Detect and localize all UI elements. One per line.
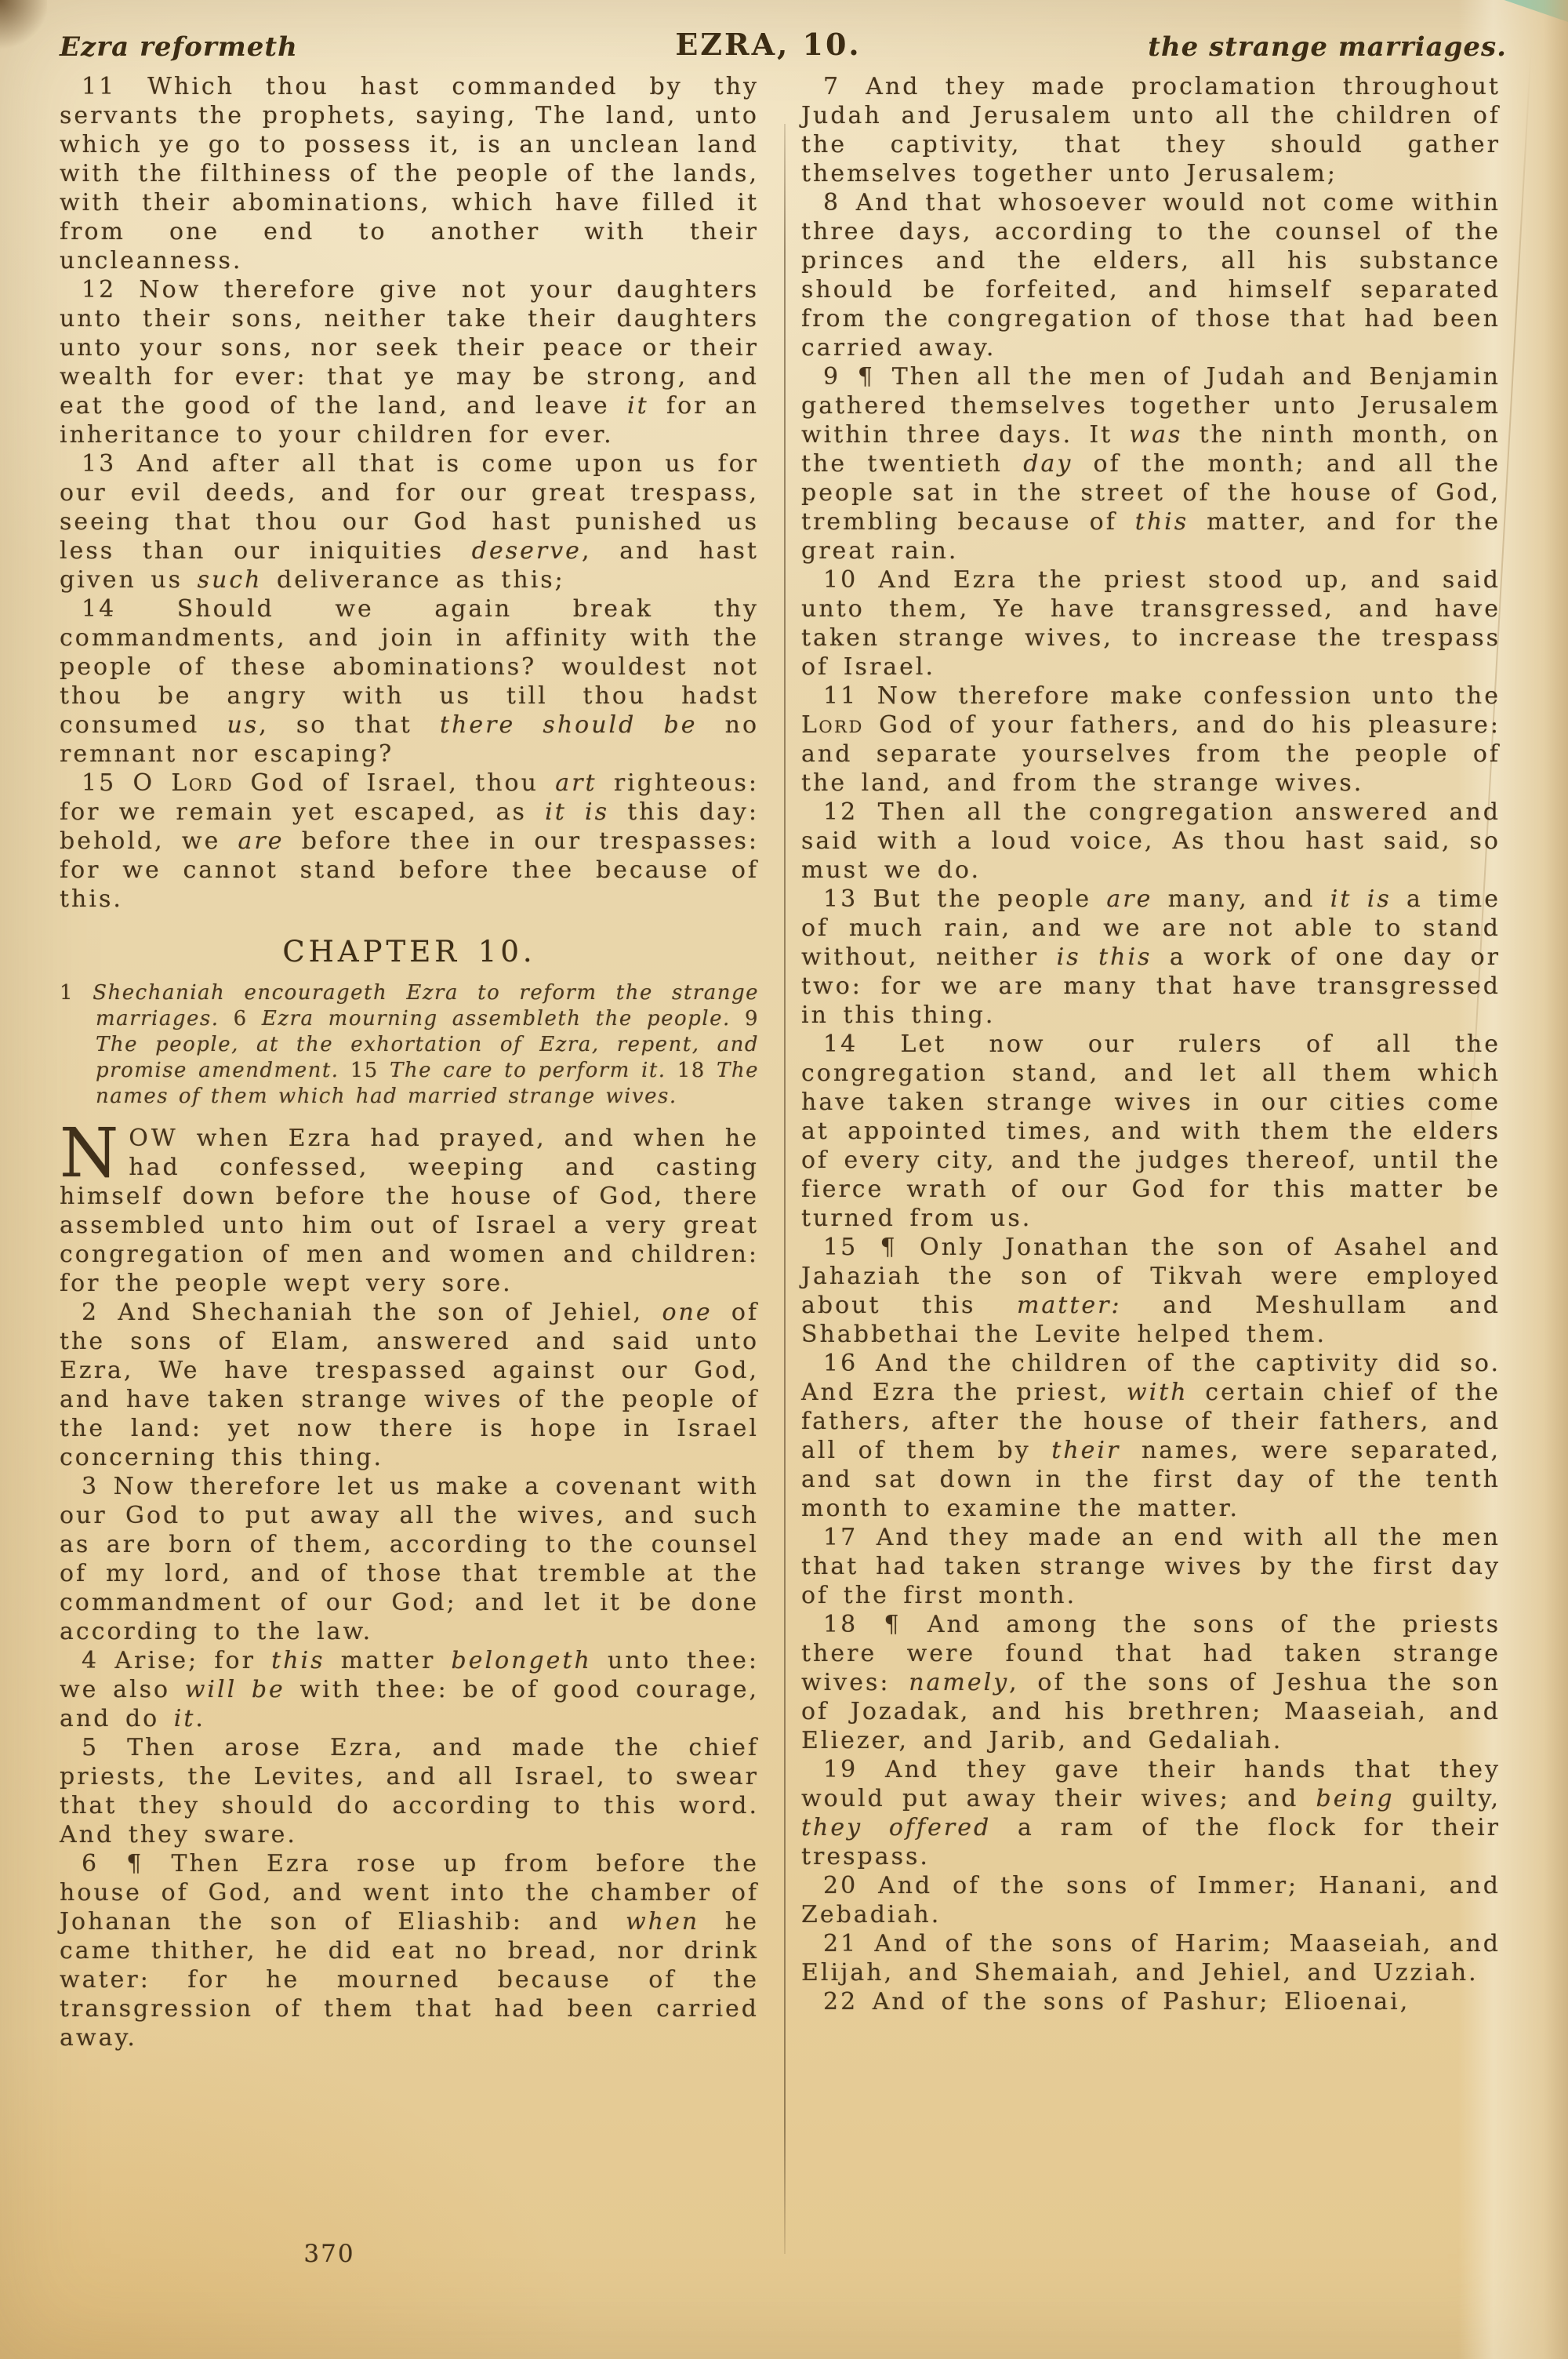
verse-3: 3 Now therefore let us make a covenant w… (60, 1472, 759, 1646)
chapter-summary: 1 Shechaniah encourageth Ezra to reform … (60, 980, 759, 1110)
running-head-right: the strange marriages. (1148, 31, 1507, 63)
verse-number: 6 (82, 1850, 99, 1877)
verse-21: 21 And of the sons of Harim; Maaseiah, a… (801, 1929, 1501, 1987)
verse-12: 12 Now therefore give not your daughters… (60, 275, 759, 449)
verse-number: 16 (823, 1350, 858, 1377)
pilcrow-mark: ¶ (882, 1611, 902, 1638)
verse-11: 11 Now therefore make confession unto th… (801, 682, 1501, 798)
drop-cap: N (60, 1124, 129, 1180)
verse-5: 5 Then arose Ezra, and made the chief pr… (60, 1733, 759, 1849)
verse-number: 4 (82, 1647, 99, 1674)
left-column: 11 Which thou hast commanded by thy serv… (60, 72, 759, 2052)
verse-1: NOW when Ezra had prayed, and when he ha… (60, 1124, 759, 1298)
verse-22: 22 And of the sons of Pashur; Elioenai, (801, 1987, 1501, 2016)
verse-9: 9 ¶ Then all the men of Judah and Benjam… (801, 362, 1501, 565)
verse-number: 18 (823, 1611, 858, 1638)
pilcrow-mark: ¶ (879, 1234, 899, 1261)
verse-15: 15 O Lord God of Israel, thou art righte… (60, 769, 759, 914)
verse-12: 12 Then all the congregation answered an… (801, 798, 1501, 885)
verse-number: 10 (823, 566, 858, 594)
verse-number: 8 (823, 189, 840, 216)
pilcrow-mark: ¶ (125, 1850, 145, 1877)
verse-18: 18 ¶ And among the sons of the priests t… (801, 1610, 1501, 1755)
verse-number: 12 (82, 276, 116, 304)
verse-number: 17 (823, 1524, 858, 1551)
page-number: 370 (259, 2240, 400, 2268)
verse-number: 13 (82, 450, 116, 478)
verse-number: 7 (823, 73, 840, 100)
verse-13: 13 But the people are many, and it is a … (801, 885, 1501, 1030)
verse-number: 2 (82, 1299, 99, 1326)
ezra10-verses-right: 7 And they made proclamation throughout … (801, 72, 1501, 2016)
verse-number: 21 (823, 1930, 858, 1957)
verse-number: 5 (82, 1734, 99, 1761)
verse-14: 14 Should we again break thy commandment… (60, 594, 759, 769)
verse-10: 10 And Ezra the priest stood up, and sai… (801, 565, 1501, 682)
verse-4: 4 Arise; for this matter belongeth unto … (60, 1646, 759, 1733)
verse-15: 15 ¶ Only Jonathan the son of Asahel and… (801, 1233, 1501, 1349)
verse-number: 11 (82, 73, 116, 100)
verse-number: 15 (823, 1234, 858, 1261)
pilcrow-mark: ¶ (856, 363, 877, 391)
verse-11: 11 Which thou hast commanded by thy serv… (60, 72, 759, 275)
verse-8: 8 And that whosoever would not come with… (801, 188, 1501, 362)
verse-number: 12 (823, 798, 858, 826)
verse-14: 14 Let now our rulers of all the congreg… (801, 1030, 1501, 1233)
verse-20: 20 And of the sons of Immer; Hanani, and… (801, 1871, 1501, 1929)
verse-number: 14 (82, 595, 116, 623)
verse-number: 11 (823, 682, 858, 710)
ezra10-verses-left: NOW when Ezra had prayed, and when he ha… (60, 1124, 759, 2052)
running-head: Ezra reformeth EZRA, 10. the strange mar… (0, 27, 1568, 69)
verse-19: 19 And they gave their hands that they w… (801, 1755, 1501, 1871)
bible-page: Ezra reformeth EZRA, 10. the strange mar… (0, 0, 1568, 2359)
verse-number: 13 (823, 885, 858, 913)
verse-17: 17 And they made an end with all the men… (801, 1523, 1501, 1610)
verse-13: 13 And after all that is come upon us fo… (60, 449, 759, 594)
verse-number: 14 (823, 1030, 858, 1058)
verse-7: 7 And they made proclamation throughout … (801, 72, 1501, 188)
verse-number: 22 (823, 1988, 858, 2016)
verse-16: 16 And the children of the captivity did… (801, 1349, 1501, 1523)
verse-number: 19 (823, 1756, 858, 1783)
column-divider (784, 124, 786, 2254)
verse-number: 20 (823, 1872, 858, 1899)
verse-number: 9 (823, 363, 840, 391)
chapter-heading: CHAPTER 10. (60, 937, 759, 966)
verse-2: 2 And Shechaniah the son of Jehiel, one … (60, 1298, 759, 1472)
verse-lead-caps: OW (129, 1125, 178, 1152)
verse-6: 6 ¶ Then Ezra rose up from before the ho… (60, 1849, 759, 2052)
right-column: 7 And they made proclamation throughout … (801, 72, 1501, 2016)
verse-number: 3 (82, 1473, 99, 1500)
ezra9-verses: 11 Which thou hast commanded by thy serv… (60, 72, 759, 914)
verse-number: 15 (82, 769, 116, 797)
